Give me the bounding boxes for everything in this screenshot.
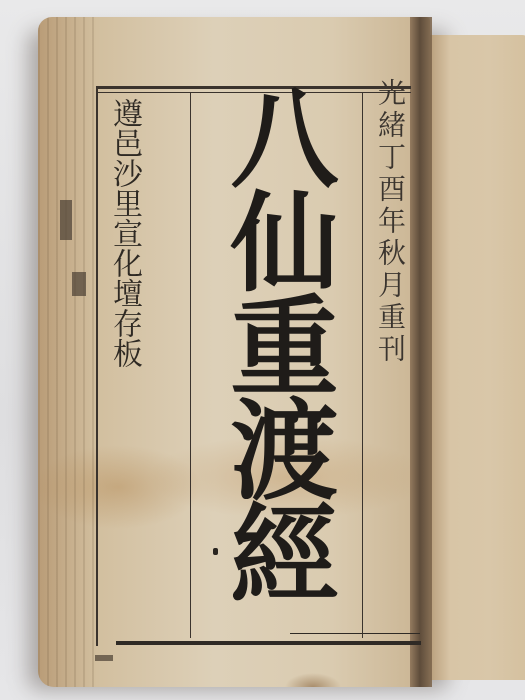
column-divider-left [190, 93, 191, 638]
book-title: 八仙重渡經 [200, 82, 350, 602]
ink-dot [213, 548, 218, 555]
frame-border-bottom-inner [290, 633, 420, 634]
page-fold [410, 17, 432, 687]
spine-mark [60, 200, 72, 240]
adjacent-page [430, 35, 525, 680]
publisher-column: 遵邑沙里宣化壇存板 [100, 98, 148, 368]
spine-mark [95, 655, 113, 661]
date-column: 光緒丁酉年秋月重刊 [372, 78, 408, 366]
frame-border-bottom [116, 641, 421, 645]
frame-border-left [96, 86, 98, 646]
spine-mark [72, 272, 86, 296]
book-spine [38, 17, 98, 687]
column-divider-right [362, 93, 363, 638]
